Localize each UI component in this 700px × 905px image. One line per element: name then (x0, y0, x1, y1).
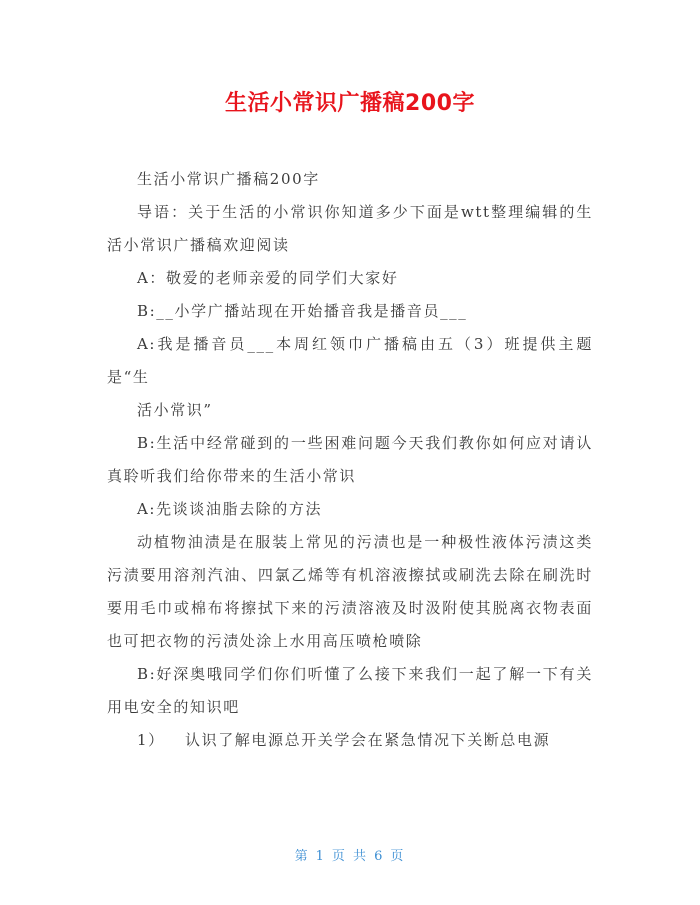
paragraph-dialogue-continued: 活小常识” (107, 394, 593, 427)
page-number-footer: 第1页 共6页 (0, 845, 700, 864)
document-body: 生活小常识广播稿200字 导语：关于生活的小常识你知道多少下面是wtt整理编辑的… (107, 163, 593, 757)
current-page-number: 1 (316, 849, 326, 864)
paragraph-dialogue: A:我是播音员___本周红领巾广播稿由五（3）班提供主题是“生 (107, 328, 593, 394)
footer-prefix: 第 (295, 849, 310, 864)
document-page: 生活小常识广播稿200字 生活小常识广播稿200字 导语：关于生活的小常识你知道… (0, 0, 700, 905)
paragraph-dialogue: B:__小学广播站现在开始播音我是播音员___ (107, 295, 593, 328)
footer-suffix: 页 (390, 849, 405, 864)
paragraph-dialogue: B:好深奥哦同学们你们听懂了么接下来我们一起了解一下有关用电安全的知识吧 (107, 658, 593, 724)
paragraph-dialogue: A：敬爱的老师亲爱的同学们大家好 (107, 262, 593, 295)
list-item-number: 1） (137, 724, 185, 757)
paragraph-intro: 导语：关于生活的小常识你知道多少下面是wtt整理编辑的生活小常识广播稿欢迎阅读 (107, 196, 593, 262)
list-item-text: 认识了解电源总开关学会在紧急情况下关断总电源 (185, 731, 550, 749)
total-pages-number: 6 (374, 849, 384, 864)
paragraph-dialogue: A:先谈谈油脂去除的方法 (107, 493, 593, 526)
paragraph-oil-stain: 动植物油渍是在服装上常见的污渍也是一种极性液体污渍这类污渍要用溶剂汽油、四氯乙烯… (107, 526, 593, 658)
document-title: 生活小常识广播稿200字 (0, 86, 700, 117)
paragraph-subtitle: 生活小常识广播稿200字 (107, 163, 593, 196)
paragraph-dialogue: B:生活中经常碰到的一些困难问题今天我们教你如何应对请认真聆听我们给你带来的生活… (107, 427, 593, 493)
list-item: 1）认识了解电源总开关学会在紧急情况下关断总电源 (107, 724, 593, 757)
footer-mid: 页 共 (332, 849, 368, 864)
